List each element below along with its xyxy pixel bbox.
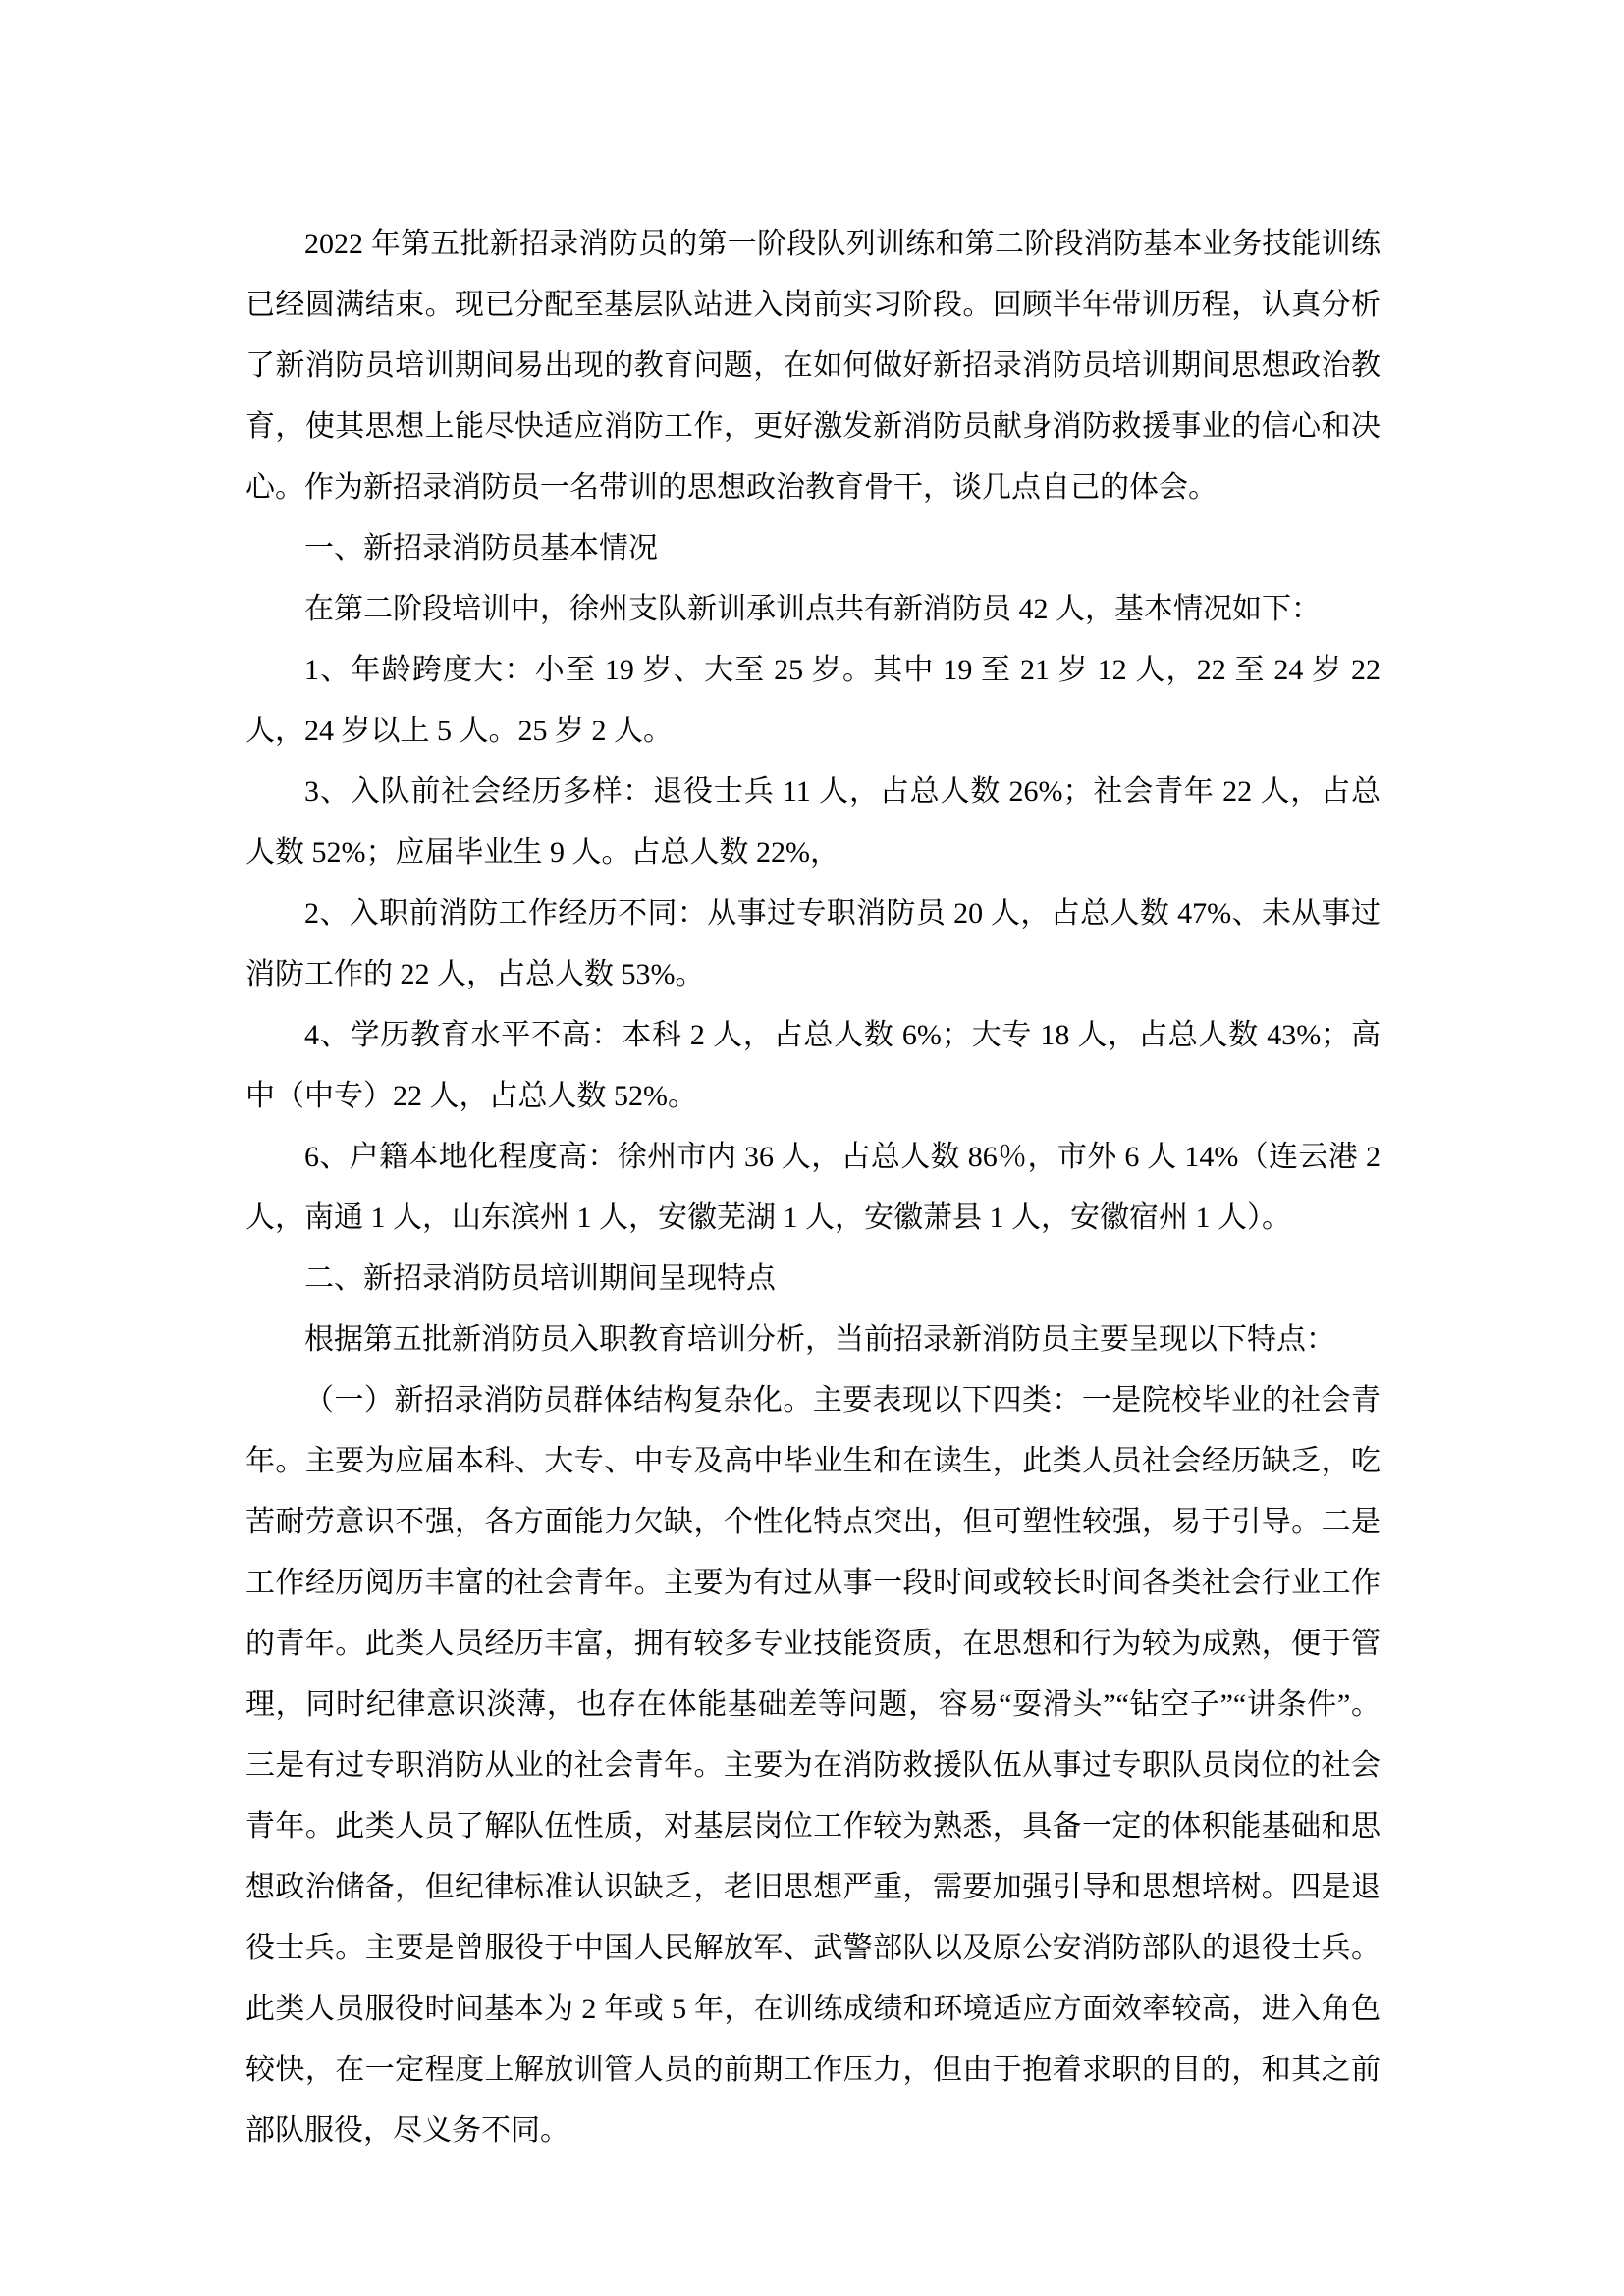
paragraph: 根据第五批新消防员入职教育培训分析，当前招录新消防员主要呈现以下特点： [245, 1309, 1380, 1370]
paragraph: 2022 年第五批新招录消防员的第一阶段队列训练和第二阶段消防基本业务技能训练已… [245, 214, 1380, 518]
paragraph: 1、年龄跨度大：小至 19 岁、大至 25 岁。其中 19 至 21 岁 12 … [245, 640, 1380, 762]
paragraph: 在第二阶段培训中，徐州支队新训承训点共有新消防员 42 人，基本情况如下： [245, 579, 1380, 640]
paragraph: 2、入职前消防工作经历不同：从事过专职消防员 20 人，占总人数 47%、未从事… [245, 883, 1380, 1005]
paragraph: （一）新招录消防员群体结构复杂化。主要表现以下四类：一是院校毕业的社会青年。主要… [245, 1370, 1380, 2162]
section-heading: 二、新招录消防员培训期间呈现特点 [245, 1249, 1380, 1309]
section-heading: 一、新招录消防员基本情况 [245, 518, 1380, 579]
document-body: 2022 年第五批新招录消防员的第一阶段队列训练和第二阶段消防基本业务技能训练已… [245, 214, 1380, 2162]
paragraph: 4、学历教育水平不高：本科 2 人，占总人数 6%；大专 18 人，占总人数 4… [245, 1005, 1380, 1127]
document-page: 2022 年第五批新招录消防员的第一阶段队列训练和第二阶段消防基本业务技能训练已… [0, 0, 1624, 2296]
paragraph: 6、户籍本地化程度高：徐州市内 36 人，占总人数 86％，市外 6 人 14%… [245, 1127, 1380, 1249]
paragraph: 3、入队前社会经历多样：退役士兵 11 人，占总人数 26%；社会青年 22 人… [245, 762, 1380, 883]
